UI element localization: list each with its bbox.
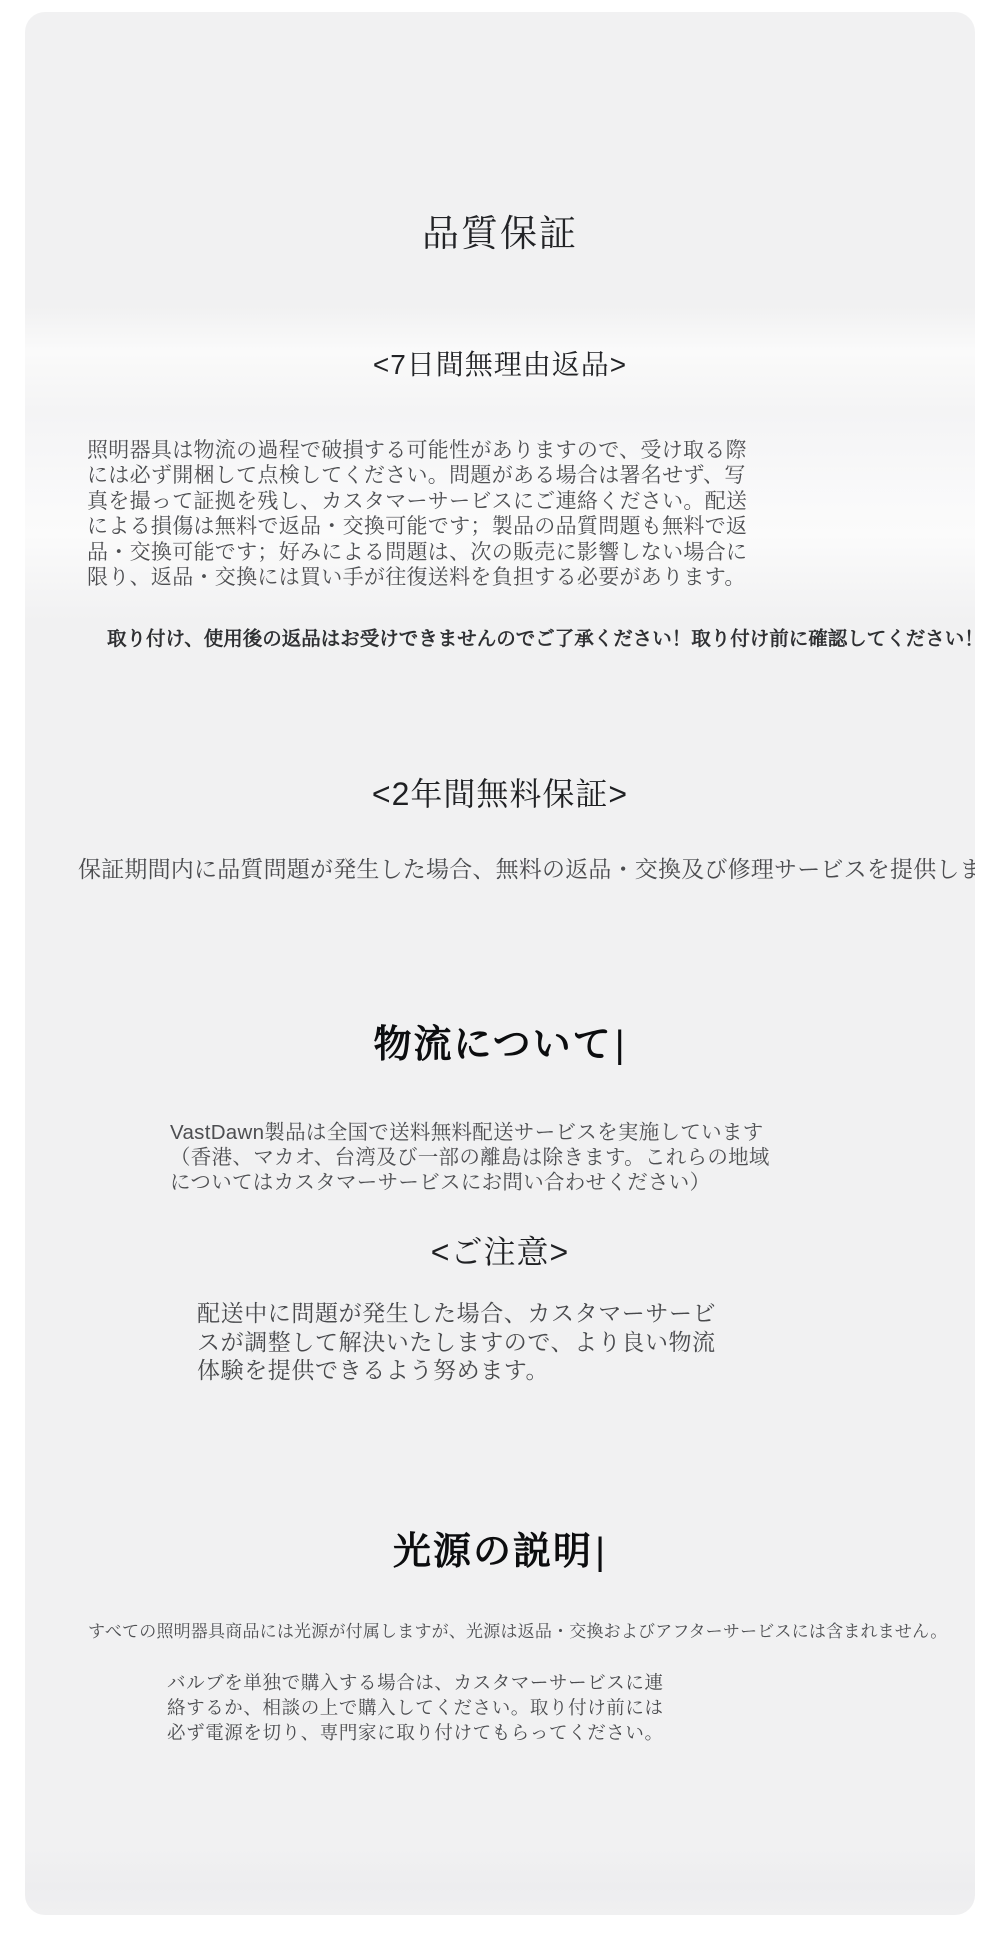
return-policy-paragraph: 照明器具は物流の過程で破損する可能性がありますので、受け取る際には必ず開梱して点… (87, 438, 747, 590)
light-source-title-row: 光源の説明| (25, 1531, 975, 1573)
logistics-title-row: 物流について| (25, 1024, 975, 1066)
light-source-title: 光源の説明 (393, 1531, 593, 1573)
text-line: 体験を提供できるよう努めます。 (197, 1356, 716, 1385)
light-source-note: すべての照明器具商品には光源が付属しますが、光源は返品・交換およびアフターサービ… (88, 1622, 948, 1642)
install-return-warning: 取り付け、使用後の返品はお受けできませんのでご了承ください！取り付け前に確認して… (107, 628, 975, 651)
text-line: には必ず開梱して点検してください。問題がある場合は署名せず、写 (87, 463, 747, 488)
notice-heading: <ご注意> (25, 1234, 975, 1270)
seven-day-return-heading: <7日間無理由返品> (25, 349, 975, 381)
text-line: バルブを単独で購入する場合は、カスタマーサービスに連 (167, 1670, 664, 1695)
text-line: 必ず電源を切り、専門家に取り付けてもらってください。 (167, 1720, 664, 1745)
text-line: 絡するか、相談の上で購入してください。取り付け前には (167, 1695, 664, 1720)
notice-paragraph: 配送中に問題が発生した場合、カスタマーサービスが調整して解決いたしますので、より… (197, 1299, 716, 1385)
warranty-service-text: 保証期間内に品質問題が発生した場合、無料の返品・交換及び修理サービスを提供します (78, 856, 975, 883)
free-shipping-paragraph: VastDawn製品は全国で送料無料配送サービスを実施しています（香港、マカオ、… (170, 1120, 770, 1195)
text-line: 照明器具は物流の過程で破損する可能性がありますので、受け取る際 (87, 438, 747, 463)
text-line: 真を撮って証拠を残し、カスタマーサービスにご連絡ください。配送 (87, 489, 747, 514)
text-cursor: | (615, 1024, 627, 1066)
text-line: 限り、返品・交換には買い手が往復送料を負担する必要があります。 (87, 565, 747, 590)
text-line: についてはカスタマーサービスにお問い合わせください） (170, 1170, 770, 1195)
text-cursor: | (595, 1531, 607, 1573)
logistics-title: 物流について (373, 1024, 612, 1066)
text-line: 品・交換可能です；好みによる問題は、次の販売に影響しない場合に (87, 540, 747, 565)
two-year-warranty-heading: <2年間無料保証> (25, 776, 975, 812)
bulb-purchase-paragraph: バルブを単独で購入する場合は、カスタマーサービスに連絡するか、相談の上で購入して… (167, 1670, 664, 1745)
text-line: による損傷は無料で返品・交換可能です；製品の品質問題も無料で返 (87, 514, 747, 539)
product-description-panel: 品質保証 <7日間無理由返品> 照明器具は物流の過程で破損する可能性がありますの… (25, 12, 975, 1915)
quality-guarantee-title: 品質保証 (25, 214, 975, 254)
text-line: （香港、マカオ、台湾及び一部の離島は除きます。これらの地域 (170, 1145, 770, 1170)
text-line: スが調整して解決いたしますので、より良い物流 (197, 1328, 716, 1357)
text-line: VastDawn製品は全国で送料無料配送サービスを実施しています (170, 1120, 770, 1145)
text-line: 配送中に問題が発生した場合、カスタマーサービ (197, 1299, 716, 1328)
